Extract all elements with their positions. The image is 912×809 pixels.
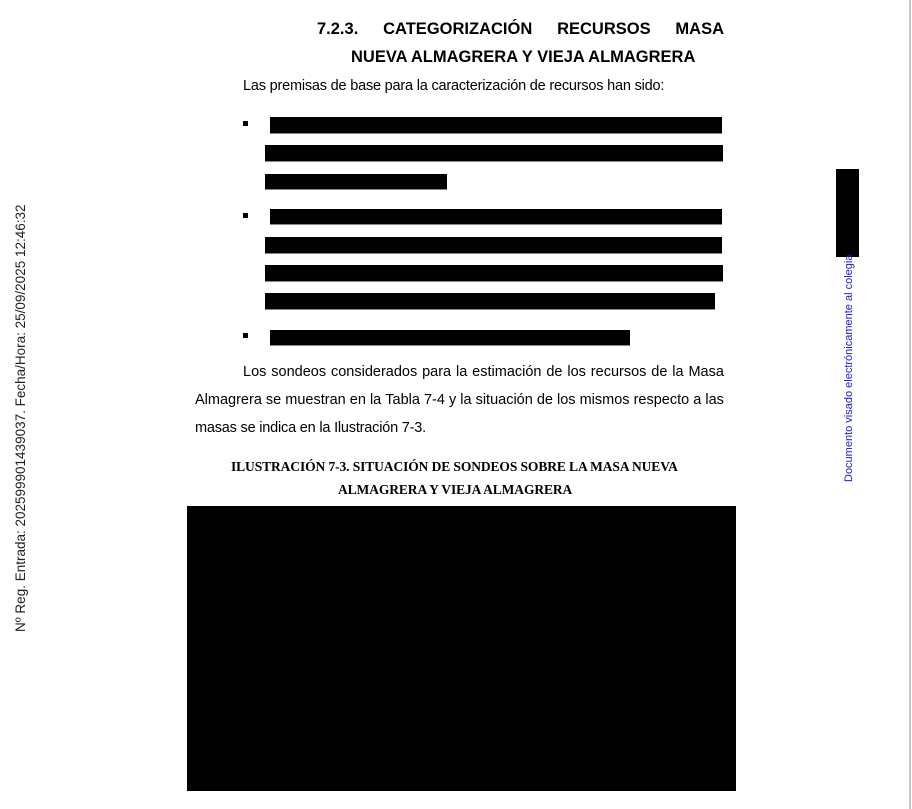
body-word: los [567, 364, 586, 380]
figure-caption-line2: ALMAGRERA Y VIEJA ALMAGRERA [338, 482, 572, 498]
body-word: se [266, 392, 281, 408]
redacted-text [265, 265, 723, 282]
body-word: de [546, 364, 562, 380]
body-word: para [422, 364, 451, 380]
body-word: la [672, 364, 683, 380]
body-word: situación [476, 392, 533, 408]
body-word: de [537, 392, 553, 408]
redacted-text [270, 330, 630, 346]
body-line-3: masas se indica en la Ilustración 7-3. [195, 420, 426, 436]
redacted-stamp [836, 169, 859, 257]
body-word: y [449, 392, 456, 408]
registry-stamp: Nº Reg. Entrada: 202599901439037. Fecha/… [13, 204, 28, 632]
body-word: la [370, 392, 381, 408]
body-word: la [456, 364, 467, 380]
body-word: en [350, 392, 366, 408]
bullet-marker [243, 333, 248, 338]
body-word: Tabla [385, 392, 420, 408]
body-word: recursos [591, 364, 647, 380]
body-word: a [693, 392, 701, 408]
section-heading-line1: 7.2.3. CATEGORIZACIÓN RECURSOS MASA [317, 20, 724, 39]
section-title-word: RECURSOS [557, 20, 651, 39]
body-word: respecto [634, 392, 690, 408]
body-word: Almagrera [195, 392, 262, 408]
body-word: los [557, 392, 576, 408]
redacted-text [265, 237, 722, 254]
body-word: considerados [331, 364, 417, 380]
bullet-marker [243, 213, 248, 218]
redacted-text [270, 209, 722, 225]
redacted-text [265, 293, 715, 310]
section-title-word: CATEGORIZACIÓN [383, 20, 532, 39]
visado-stamp: Documento visado electrónicamente al col… [843, 255, 855, 482]
intro-text: Las premisas de base para la caracteriza… [243, 78, 664, 94]
redacted-figure [187, 506, 736, 791]
body-word: sondeos [271, 364, 326, 380]
body-word: de [651, 364, 667, 380]
redacted-text [270, 117, 722, 134]
bullet-marker [243, 121, 248, 126]
body-line-2: AlmagrerasemuestranenlaTabla7-4ylasituac… [195, 392, 724, 408]
section-heading-line2: NUEVA ALMAGRERA Y VIEJA ALMAGRERA [351, 48, 695, 67]
section-number: 7.2.3. [317, 20, 358, 39]
body-word: la [460, 392, 471, 408]
redacted-text [265, 174, 447, 190]
body-word: estimación [472, 364, 541, 380]
figure-caption-line1: ILUSTRACIÓN 7-3. SITUACIÓN DE SONDEOS SO… [231, 459, 678, 475]
section-title-word: MASA [675, 20, 724, 39]
body-word: las [705, 392, 724, 408]
body-word: Los [243, 364, 266, 380]
body-line-1: Lossondeosconsideradosparalaestimaciónde… [243, 364, 724, 380]
redacted-text [265, 145, 723, 162]
body-word: 7-4 [424, 392, 445, 408]
page-edge-line [909, 0, 911, 809]
body-word: muestran [285, 392, 345, 408]
body-word: Masa [688, 364, 723, 380]
body-word: mismos [580, 392, 630, 408]
